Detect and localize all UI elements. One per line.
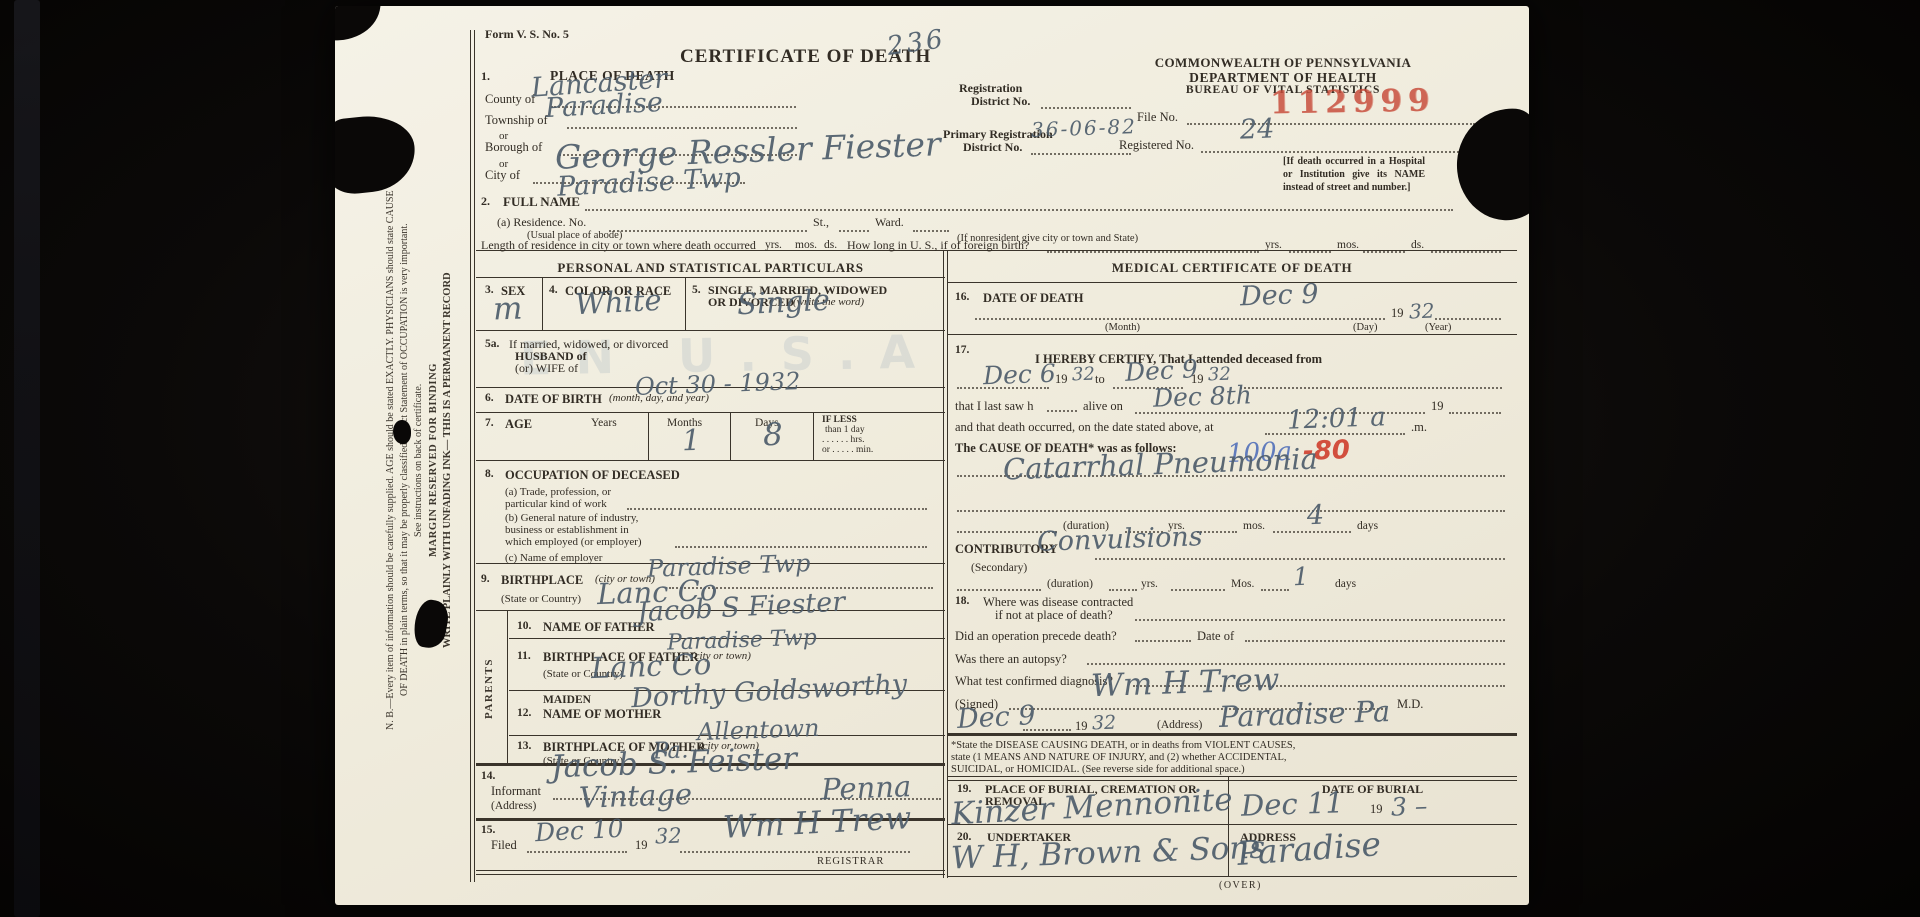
dotted-leader	[1363, 250, 1405, 253]
dotted-leader	[627, 507, 927, 510]
footnote-line2: state (1 MEANS AND NATURE OF INJURY, and…	[951, 752, 1287, 764]
bottom-double-rule	[476, 870, 945, 875]
ds-label: ds.	[1411, 239, 1424, 252]
dotted-leader	[1023, 728, 1071, 731]
parents-vertical-label: PARENTS	[483, 618, 495, 758]
hospital-instruction-note: [If death occurred in a Hospital or Inst…	[1283, 156, 1425, 194]
test-confirmed-label: What test confirmed diagnosis?	[955, 674, 1113, 688]
dotted-leader	[1095, 557, 1505, 560]
torn-edge-blot	[393, 420, 411, 444]
registration-district-label: District No.	[971, 95, 1030, 108]
yrs-label: yrs.	[765, 239, 782, 252]
item-1-number: 1.	[481, 70, 490, 83]
handwritten-signed-year: 32	[1092, 714, 1117, 734]
am-pm-label: .m.	[1411, 420, 1427, 434]
handwritten-sex: m	[492, 293, 522, 325]
item-19-number: 19.	[957, 783, 971, 796]
registered-no-label: Registered No.	[1119, 138, 1194, 152]
item-5a-number: 5a.	[485, 338, 499, 351]
handwritten-physician-signature: Wm H Trew	[1091, 665, 1280, 703]
birthplace-label: BIRTHPLACE	[501, 573, 583, 587]
dotted-leader	[1087, 662, 1505, 665]
form-left-border	[470, 30, 475, 882]
occupation-c-label: (c) Name of employer	[505, 552, 602, 564]
age-label: AGE	[505, 417, 532, 431]
last-saw-label: that I last saw h	[955, 399, 1033, 413]
residence-label: (a) Residence. No.	[497, 216, 586, 229]
duration-mos-label: Mos.	[1231, 578, 1254, 591]
dotted-leader	[1201, 150, 1475, 153]
scan-edge-highlight	[14, 0, 40, 917]
rule-line	[947, 876, 1517, 877]
dotted-leader	[1431, 250, 1501, 253]
street-label: St.,	[813, 216, 829, 229]
date-of-label: Date of	[1197, 629, 1234, 643]
if-less-line4: or . . . . . min.	[822, 445, 873, 456]
occupation-b-line1: (b) General nature of industry,	[505, 512, 638, 524]
dotted-leader	[567, 126, 797, 129]
how-long-label: How long in U. S., if of foreign birth?	[847, 239, 1029, 252]
dotted-leader	[1435, 317, 1501, 320]
medical-certificate-title: MEDICAL CERTIFICATE OF DEATH	[947, 261, 1517, 276]
item-6-number: 6.	[485, 392, 494, 405]
handwritten-filed-year: 32	[655, 826, 682, 848]
handwritten-cause-of-death: Catarrhal Pneumonia	[1003, 445, 1319, 485]
ward-label: Ward.	[875, 216, 904, 229]
dotted-leader	[1449, 411, 1501, 414]
occupation-a-line2: particular kind of work	[505, 498, 607, 510]
handwritten-age-days: 8	[762, 420, 783, 452]
secondary-label: (Secondary)	[971, 562, 1027, 575]
item-7-number: 7.	[485, 417, 494, 430]
item-14-number: 14.	[481, 770, 495, 783]
dotted-leader	[957, 509, 1505, 512]
duration-label: (duration)	[1047, 578, 1093, 591]
item-8-number: 8.	[485, 468, 494, 481]
handwritten-mother-birthplace: Allentown	[697, 716, 820, 744]
length-of-residence-label: Length of residence in city or town wher…	[481, 239, 756, 252]
dotted-leader	[975, 317, 1385, 320]
maiden-label: MAIDEN	[543, 694, 591, 707]
dotted-leader	[1031, 152, 1131, 155]
printed-19: 19	[1055, 372, 1068, 386]
township-label: Township of	[485, 113, 548, 127]
handwritten-filed-date: Dec 10	[534, 816, 624, 846]
handwritten-township: Paradise	[544, 89, 663, 122]
state-country-label: (State or Country)	[501, 593, 581, 605]
informant-label: Informant	[491, 784, 541, 798]
handwritten-attended-to: Dec 9	[1124, 356, 1198, 385]
handwritten-date-of-death: Dec 9	[1240, 281, 1319, 311]
torn-edge-blot	[335, 6, 381, 45]
item-5-number: 5.	[692, 284, 701, 297]
footnote-line1: *State the DISEASE CAUSING DEATH, or in …	[951, 740, 1295, 752]
registrar-label: REGISTRAR	[817, 856, 884, 868]
photo-background: EN U.S.A N. B.—Every item of information…	[0, 0, 1920, 917]
rule-line	[476, 330, 945, 331]
dotted-leader	[1047, 250, 1259, 253]
commonwealth-line: COMMONWEALTH OF PENNSYLVANIA	[1115, 56, 1451, 71]
printed-19: 19	[1075, 719, 1088, 733]
disease-contracted-line2: if not at place of death?	[995, 608, 1113, 622]
disease-contracted-line1: Where was disease contracted	[983, 595, 1133, 609]
filed-label: Filed	[491, 838, 517, 852]
margin-binding-line: WRITE PLAINLY WITH UNFADING INK— THIS IS…	[442, 32, 453, 888]
dotted-leader	[839, 229, 869, 232]
yrs-label: yrs.	[1265, 239, 1282, 252]
dotted-leader	[1187, 122, 1475, 125]
item-2-number: 2.	[481, 195, 490, 208]
parents-bracket-line	[507, 610, 508, 763]
dotted-leader	[675, 545, 927, 548]
handwritten-marital-status: Single	[736, 286, 830, 320]
file-no-label: File No.	[1137, 110, 1178, 124]
item-18-number: 18.	[955, 595, 969, 608]
item-16-number: 16.	[955, 291, 969, 304]
dotted-leader	[1245, 639, 1505, 642]
cell-divider	[542, 277, 543, 330]
dotted-leader	[527, 850, 627, 853]
item-4-number: 4.	[549, 284, 558, 297]
dotted-leader	[1041, 106, 1131, 109]
handwritten-age-months: 1	[681, 426, 700, 456]
over-label: (OVER)	[1219, 880, 1262, 891]
handwritten-from-year: 32	[1072, 366, 1096, 385]
handwritten-undertaker-address: Paradise	[1236, 827, 1382, 870]
handwritten-contributory-duration-days: 1	[1293, 564, 1310, 590]
dotted-leader	[585, 208, 1453, 211]
day-label: (Day)	[1353, 322, 1378, 334]
signed-address-label: (Address)	[1157, 719, 1202, 732]
death-certificate-document: EN U.S.A N. B.—Every item of information…	[335, 6, 1529, 905]
operation-label: Did an operation precede death?	[955, 629, 1117, 643]
wife-of-label: (or) WIFE of	[515, 362, 578, 375]
handwritten-primary-district-number: 36-06-82	[1031, 116, 1138, 140]
primary-district-label: District No.	[963, 141, 1022, 154]
alive-on-label: alive on	[1083, 399, 1123, 413]
dotted-leader	[1289, 250, 1331, 253]
certificate-title: CERTIFICATE OF DEATH	[680, 46, 910, 67]
occupation-b-line3: which employed (or employer)	[505, 536, 642, 548]
month-label: (Month)	[1105, 322, 1140, 334]
dotted-leader	[1135, 618, 1505, 621]
county-label: County of	[485, 92, 535, 106]
rule-line	[476, 412, 945, 413]
year-label: (Year)	[1425, 322, 1451, 334]
occupation-label: OCCUPATION OF DECEASED	[505, 468, 680, 482]
dotted-leader	[1171, 588, 1225, 591]
occupation-a-line1: (a) Trade, profession, or	[505, 486, 611, 498]
cell-divider	[685, 277, 686, 330]
handwritten-last-saw-date: Dec 8th	[1153, 382, 1253, 410]
informant-address-label: (Address)	[491, 800, 536, 813]
personal-particulars-title: PERSONAL AND STATISTICAL PARTICULARS	[476, 261, 945, 276]
handwritten-residence: Paradise Twp	[556, 164, 741, 201]
dotted-leader	[1109, 588, 1137, 591]
dotted-leader	[913, 229, 949, 232]
item-17-number: 17.	[955, 344, 969, 357]
handwritten-contributory-cause: Convulsions	[1037, 523, 1203, 556]
burial-table-top-rule	[947, 776, 1517, 781]
death-occurred-label: and that death occurred, on the date sta…	[955, 420, 1214, 434]
form-number: Form V. S. No. 5	[485, 28, 569, 41]
printed-19: 19	[1370, 802, 1383, 816]
handwritten-burial-year: 3 –	[1391, 793, 1428, 819]
handwritten-full-name: George Ressler Fiester	[555, 127, 942, 173]
handwritten-father-birthplace-state: Lanc Co	[591, 650, 712, 683]
handwritten-certificate-number: 236	[885, 26, 947, 60]
mos-label: mos.	[795, 239, 817, 252]
city-label: City of	[485, 168, 520, 182]
rule-line	[476, 460, 945, 461]
occupation-b-line2: business or establishment in	[505, 524, 629, 536]
dotted-leader	[1261, 588, 1289, 591]
printed-19: 19	[1391, 306, 1404, 320]
item-12-number: 12.	[517, 707, 531, 720]
footnote-line3: SUICIDAL, or HOMICIDAL. (See reverse sid…	[951, 764, 1245, 776]
ds-label: ds.	[824, 239, 837, 252]
margin-binding-line: MARGIN RESERVED FOR BINDING	[428, 32, 439, 888]
duration-days-label: days	[1357, 520, 1378, 533]
dotted-leader	[1047, 409, 1077, 412]
handwritten-registered-number: 24	[1240, 115, 1275, 143]
duration-days-label: days	[1335, 578, 1356, 591]
handwritten-attended-from: Dec 6	[983, 361, 1057, 389]
to-label: to	[1095, 372, 1105, 386]
cell-divider	[648, 412, 649, 460]
duration-yrs-label: yrs.	[1141, 578, 1158, 591]
rule-line	[947, 282, 1517, 283]
margin-binding-block: MARGIN RESERVED FOR BINDING WRITE PLAINL…	[428, 32, 453, 888]
cell-divider	[730, 412, 731, 460]
item-11-number: 11.	[517, 650, 531, 663]
printed-19: 19	[635, 838, 648, 852]
rule-line	[947, 334, 1517, 335]
autopsy-label: Was there an autopsy?	[955, 652, 1067, 666]
handwritten-registrar-signature: Wm H Trew	[722, 803, 912, 844]
cell-divider	[813, 412, 814, 460]
date-of-death-label: DATE OF DEATH	[983, 291, 1083, 305]
dotted-leader	[957, 588, 1041, 591]
md-label: M.D.	[1397, 697, 1423, 711]
dotted-leader	[1135, 639, 1191, 642]
handwritten-death-year: 32	[1409, 301, 1435, 322]
handwritten-signed-address: Paradise Pa	[1219, 697, 1391, 732]
borough-label: Borough of	[485, 140, 542, 154]
rule-line	[476, 277, 945, 278]
dotted-leader	[1197, 530, 1237, 533]
item-9-number: 9.	[481, 573, 490, 586]
item-13-number: 13.	[517, 740, 531, 753]
handwritten-duration-days: 4	[1307, 502, 1325, 530]
dotted-leader	[1240, 386, 1502, 389]
mos-label: mos.	[1337, 239, 1359, 252]
item-15-number: 15.	[481, 824, 495, 837]
printed-19: 19	[1431, 399, 1444, 413]
item-10-number: 10.	[517, 620, 531, 633]
dob-label: DATE OF BIRTH	[505, 392, 602, 406]
age-years-header: Years	[591, 417, 617, 430]
handwritten-time-of-death: 12:01 a	[1287, 404, 1387, 433]
margin-note-line: See instructions on back of certificate.	[413, 32, 424, 888]
handwritten-date-of-birth: Oct 30 - 1932	[635, 369, 801, 399]
handwritten-burial-date: Dec 11	[1241, 788, 1345, 821]
dotted-leader	[609, 229, 807, 232]
handwritten-undertaker: W H, Brown & Sons	[951, 833, 1266, 875]
duration-mos-label: mos.	[1243, 520, 1265, 533]
file-number-stamp: 112999	[1270, 83, 1436, 122]
handwritten-race: White	[574, 286, 662, 319]
dotted-leader	[680, 850, 910, 853]
